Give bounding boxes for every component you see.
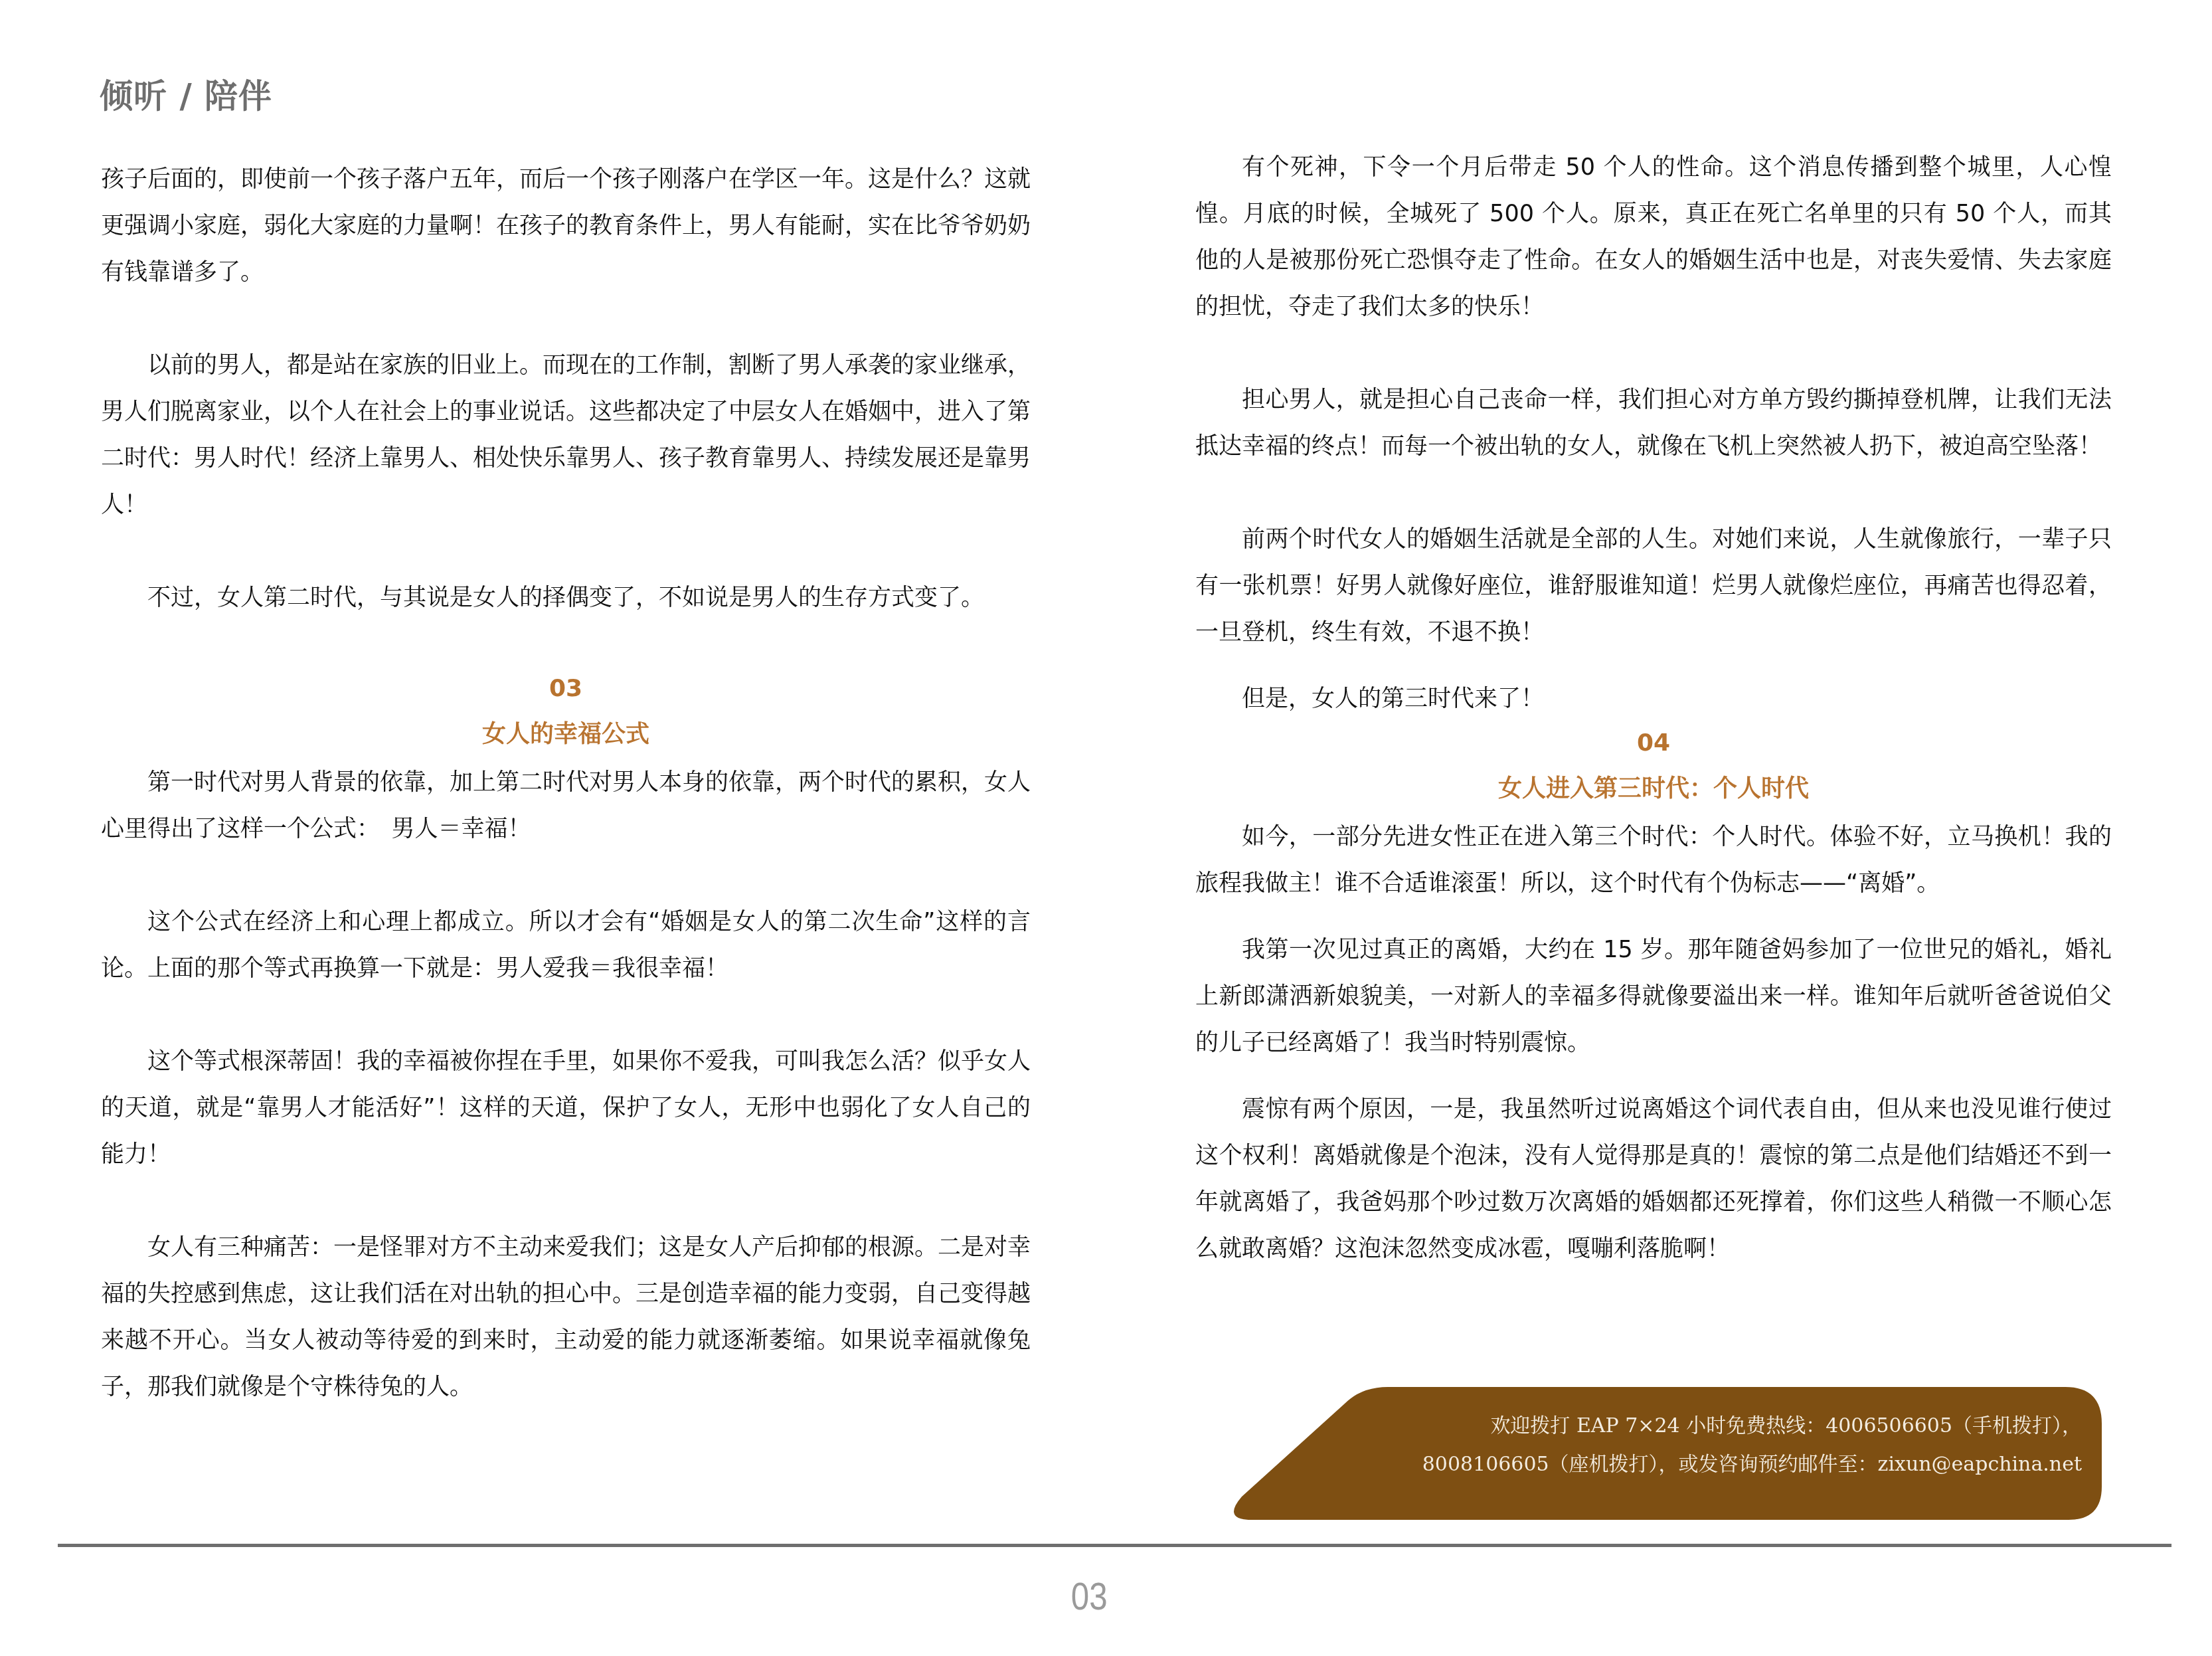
spacer <box>101 1178 1031 1224</box>
spacer <box>1195 1066 2112 1086</box>
right-column: 有个死神，下令一个月后带走 50 个人的性命。这个消息传播到整个城里，人心惶惶。… <box>1195 144 2112 1272</box>
paragraph: 不过，女人第二时代，与其说是女人的择偶变了，不如说是男人的生存方式变了。 <box>101 575 1031 621</box>
paragraph: 女人有三种痛苦：一是怪罪对方不主动来爱我们；这是女人产后抑郁的根源。二是对幸福的… <box>101 1224 1031 1410</box>
footer-rule <box>58 1544 2171 1547</box>
paragraph: 这个等式根深蒂固！我的幸福被你捏在手里，如果你不爱我，可叫我怎么活？似乎女人的天… <box>101 1038 1031 1178</box>
spacer <box>101 528 1031 575</box>
spacer <box>1195 656 2112 676</box>
paragraph: 前两个时代女人的婚姻生活就是全部的人生。对她们来说，人生就像旅行，一辈子只有一张… <box>1195 516 2112 656</box>
paragraph: 担心男人，就是担心自己丧命一样，我们担心对方单方毁约撕掉登机牌，让我们无法抵达幸… <box>1195 377 2112 470</box>
paragraph: 如今，一部分先进女性正在进入第三个时代：个人时代。体验不好，立马换机！我的旅程我… <box>1195 814 2112 907</box>
spacer <box>101 852 1031 899</box>
page-number-text: 03 <box>1071 1574 1108 1619</box>
paragraph: 我第一次见过真正的离婚，大约在 15 岁。那年随爸妈参加了一位世兄的婚礼，婚礼上… <box>1195 927 2112 1066</box>
paragraph: 第一时代对男人背景的依靠，加上第二时代对男人本身的依靠，两个时代的累积，女人心里… <box>101 759 1031 852</box>
spacer <box>101 296 1031 342</box>
spacer <box>101 621 1031 668</box>
paragraph: 以前的男人，都是站在家族的旧业上。而现在的工作制，割断了男人承袭的家业继承，男人… <box>101 342 1031 528</box>
section-title: 女人的幸福公式 <box>101 710 1031 759</box>
section-number: 04 <box>1195 722 2112 765</box>
spacer <box>1195 470 2112 516</box>
spacer <box>1195 330 2112 377</box>
page-header-title: 倾听 / 陪伴 <box>100 70 272 118</box>
page-number: 03 <box>0 1574 2212 1619</box>
section-number: 03 <box>101 668 1031 710</box>
section-title: 女人进入第三时代：个人时代 <box>1195 765 2112 814</box>
hotline-banner: 欢迎拨打 EAP 7×24 小时免费热线：4006506605（手机拨打）， 8… <box>1232 1387 2102 1520</box>
hotline-line: 欢迎拨打 EAP 7×24 小时免费热线：4006506605（手机拨打）， <box>1422 1407 2082 1445</box>
paragraph: 震惊有两个原因，一是，我虽然听过说离婚这个词代表自由，但从来也没见谁行使过这个权… <box>1195 1086 2112 1272</box>
email-line: 8008106605（座机拨打），或发咨询预约邮件至：zixun@eapchin… <box>1422 1445 2082 1484</box>
spacer <box>101 992 1031 1038</box>
paragraph: 但是，女人的第三时代来了！ <box>1195 676 2112 722</box>
left-column: 孩子后面的，即使前一个孩子落户五年，而后一个孩子刚落户在学区一年。这是什么？这就… <box>101 156 1031 1410</box>
spacer <box>1195 907 2112 927</box>
banner-text: 欢迎拨打 EAP 7×24 小时免费热线：4006506605（手机拨打）， 8… <box>1422 1407 2082 1484</box>
paragraph: 有个死神，下令一个月后带走 50 个人的性命。这个消息传播到整个城里，人心惶惶。… <box>1195 144 2112 330</box>
paragraph: 孩子后面的，即使前一个孩子落户五年，而后一个孩子刚落户在学区一年。这是什么？这就… <box>101 156 1031 296</box>
paragraph: 这个公式在经济上和心理上都成立。所以才会有“婚姻是女人的第二次生命”这样的言论。… <box>101 899 1031 992</box>
